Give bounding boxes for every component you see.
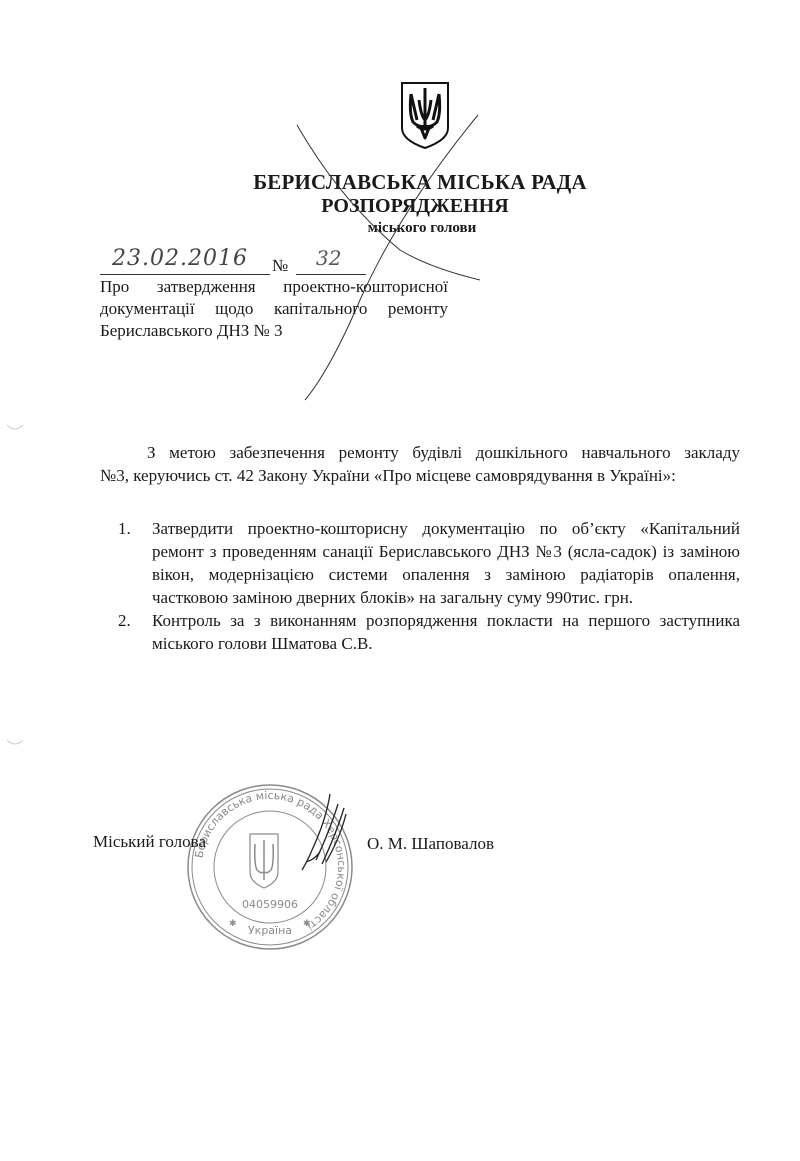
order-text: Контроль за з виконанням розпорядження п… bbox=[152, 611, 740, 653]
order-number: 2. bbox=[118, 609, 131, 632]
svg-text:Україна: Україна bbox=[248, 924, 292, 937]
coat-of-arms-icon bbox=[399, 80, 451, 150]
preamble-line-1: З метою забезпечення ремонту будівлі дош… bbox=[100, 441, 740, 464]
order-item: 2. Контроль за з виконанням розпорядженн… bbox=[118, 609, 740, 655]
preamble-line-2: №3, керуючись ст. 42 Закону України «Про… bbox=[100, 464, 740, 487]
council-name: БЕРИСЛАВСЬКА МІСЬКА РАДА bbox=[20, 170, 800, 195]
subject-line: документації щодо капітального ремонту bbox=[100, 298, 448, 320]
orders-list: 1. Затвердити проектно-кошторисну докуме… bbox=[118, 517, 740, 655]
order-item: 1. Затвердити проектно-кошторисну докуме… bbox=[118, 517, 740, 609]
document-subject: Про затвердження проектно-кошторисної до… bbox=[100, 276, 448, 342]
preamble: З метою забезпечення ремонту будівлі дош… bbox=[100, 441, 740, 487]
signatory-name: О. М. Шаповалов bbox=[367, 834, 494, 854]
number-label: № bbox=[272, 256, 288, 276]
order-number: 1. bbox=[118, 517, 131, 540]
handwritten-number: 32 bbox=[316, 246, 341, 270]
handwritten-signature bbox=[290, 790, 360, 880]
svg-text:✱: ✱ bbox=[303, 918, 311, 928]
punch-hole-mark bbox=[6, 420, 24, 430]
svg-text:04059906: 04059906 bbox=[242, 898, 298, 911]
signatory-title: Міський голова bbox=[93, 832, 206, 852]
document-type: РОЗПОРЯДЖЕННЯ bbox=[15, 195, 800, 218]
svg-text:✱: ✱ bbox=[229, 918, 237, 928]
handwritten-date: 23.02.2016 bbox=[112, 246, 248, 271]
subject-line: Бериславського ДНЗ № 3 bbox=[100, 320, 448, 342]
subject-line: Про затвердження проектно-кошторисної bbox=[100, 276, 448, 298]
order-text: Затвердити проектно-кошторисну документа… bbox=[152, 519, 740, 607]
punch-hole-mark bbox=[6, 735, 24, 745]
issuer: міського голови bbox=[22, 220, 800, 237]
